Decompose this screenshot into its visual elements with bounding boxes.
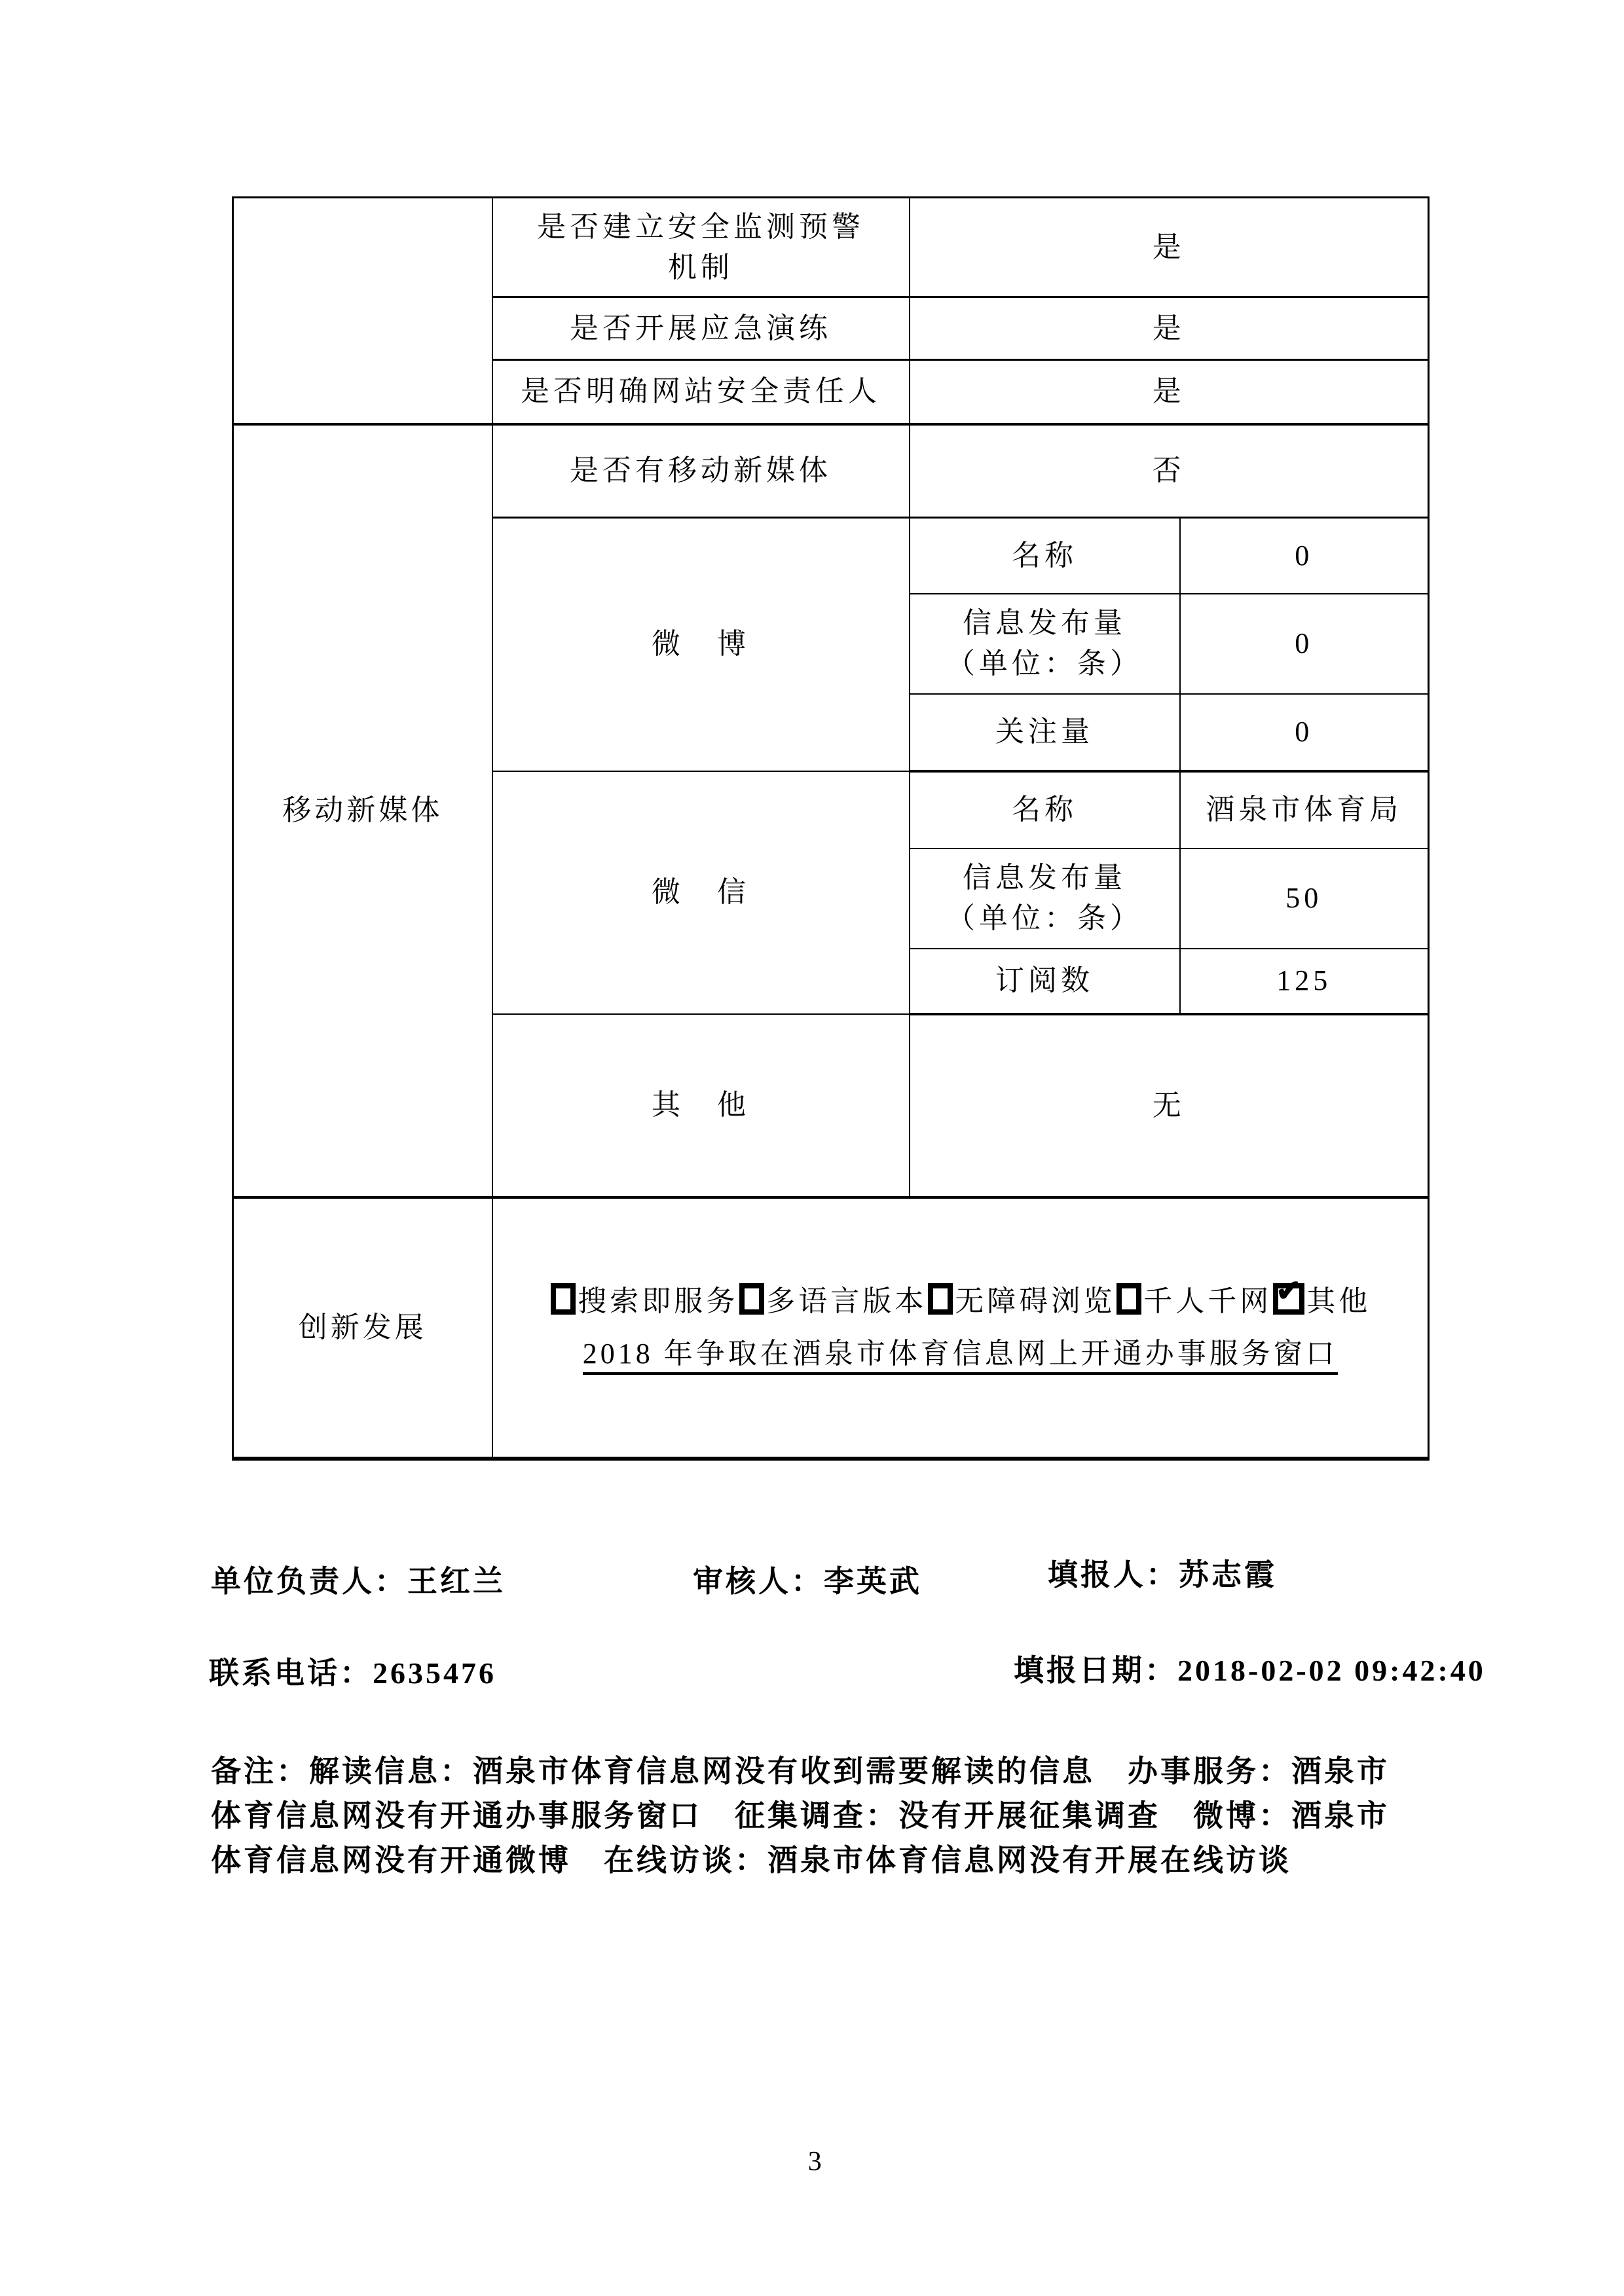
weibo-followers-value: 0 xyxy=(1180,694,1429,771)
checkbox-search-as-service[interactable] xyxy=(551,1283,576,1315)
remarks-paragraph: 备注：解读信息：酒泉市体育信息网没有收到需要解读的信息 办事服务：酒泉市 体育信… xyxy=(211,1749,1494,1883)
filing-date: 填报日期：2018-02-02 09:42:40 xyxy=(1014,1652,1486,1689)
reviewer: 审核人：李英武 xyxy=(693,1563,922,1600)
security-section-header-cell xyxy=(233,198,492,424)
innovation-note-line: 2018 年争取在酒泉市体育信息网上开通办事服务窗口 xyxy=(493,1328,1428,1380)
wechat-name-label: 名称 xyxy=(910,771,1180,848)
table-row: 是否建立安全监测预警 机制 是 xyxy=(233,198,1429,297)
innovation-content-cell: 搜索即服务多语言版本无障碍浏览千人千网其他 2018 年争取在酒泉市体育信息网上… xyxy=(492,1197,1429,1459)
weibo-name-label: 名称 xyxy=(910,518,1180,594)
page-number: 3 xyxy=(808,2146,822,2178)
wechat-subscribers-label: 订阅数 xyxy=(910,949,1180,1014)
wechat-subscribers-value: 125 xyxy=(1180,949,1429,1014)
checkbox-personalized-web[interactable] xyxy=(1116,1283,1141,1315)
wechat-posts-value: 50 xyxy=(1180,848,1429,949)
weibo-group-label: 微 博 xyxy=(492,518,910,771)
wechat-posts-label: 信息发布量 （单位：条） xyxy=(910,848,1180,949)
table-row: 移动新媒体 是否有移动新媒体 否 xyxy=(233,424,1429,518)
innovation-options-line: 搜索即服务多语言版本无障碍浏览千人千网其他 xyxy=(493,1275,1428,1328)
security-question-responsible-person: 是否明确网站安全责任人 xyxy=(492,360,910,424)
security-answer-monitoring: 是 xyxy=(910,198,1429,297)
mobile-media-question: 是否有移动新媒体 xyxy=(492,424,910,518)
checkbox-label-search-as-service: 搜索即服务 xyxy=(578,1285,738,1317)
report-page: 是否建立安全监测预警 机制 是 是否开展应急演练 是 是否明确网站安全责任人 是… xyxy=(0,0,1624,2296)
innovation-section-label: 创新发展 xyxy=(233,1197,492,1459)
checkbox-label-accessibility: 无障碍浏览 xyxy=(955,1285,1115,1317)
other-media-value: 无 xyxy=(910,1014,1429,1197)
security-question-drill: 是否开展应急演练 xyxy=(492,297,910,360)
checkbox-label-multilingual: 多语言版本 xyxy=(766,1285,927,1317)
mobile-media-section-label: 移动新媒体 xyxy=(233,424,492,1197)
checkbox-accessibility[interactable] xyxy=(928,1283,953,1315)
security-question-monitoring: 是否建立安全监测预警 机制 xyxy=(492,198,910,297)
contact-phone: 联系电话：2635476 xyxy=(209,1655,496,1692)
weibo-followers-label: 关注量 xyxy=(910,694,1180,771)
checkbox-multilingual[interactable] xyxy=(739,1283,764,1315)
other-media-label: 其 他 xyxy=(492,1014,910,1197)
weibo-posts-label: 信息发布量 （单位：条） xyxy=(910,594,1180,694)
weibo-posts-value: 0 xyxy=(1180,594,1429,694)
wechat-name-value: 酒泉市体育局 xyxy=(1180,771,1429,848)
website-report-table: 是否建立安全监测预警 机制 是 是否开展应急演练 是 是否明确网站安全责任人 是… xyxy=(232,196,1430,1461)
security-answer-responsible-person: 是 xyxy=(910,360,1429,424)
checkbox-label-other: 其他 xyxy=(1306,1285,1371,1317)
weibo-name-value: 0 xyxy=(1180,518,1429,594)
security-answer-drill: 是 xyxy=(910,297,1429,360)
mobile-media-answer: 否 xyxy=(910,424,1429,518)
table-row: 创新发展 搜索即服务多语言版本无障碍浏览千人千网其他 2018 年争取在酒泉市体… xyxy=(233,1197,1429,1459)
innovation-note: 2018 年争取在酒泉市体育信息网上开通办事服务窗口 xyxy=(583,1338,1338,1375)
checkbox-other[interactable] xyxy=(1273,1283,1304,1315)
checkbox-label-personalized-web: 千人千网 xyxy=(1143,1285,1272,1317)
wechat-group-label: 微 信 xyxy=(492,771,910,1014)
unit-responsible-person: 单位负责人：王红兰 xyxy=(211,1563,506,1600)
form-filler: 填报人：苏志霞 xyxy=(1048,1557,1277,1594)
